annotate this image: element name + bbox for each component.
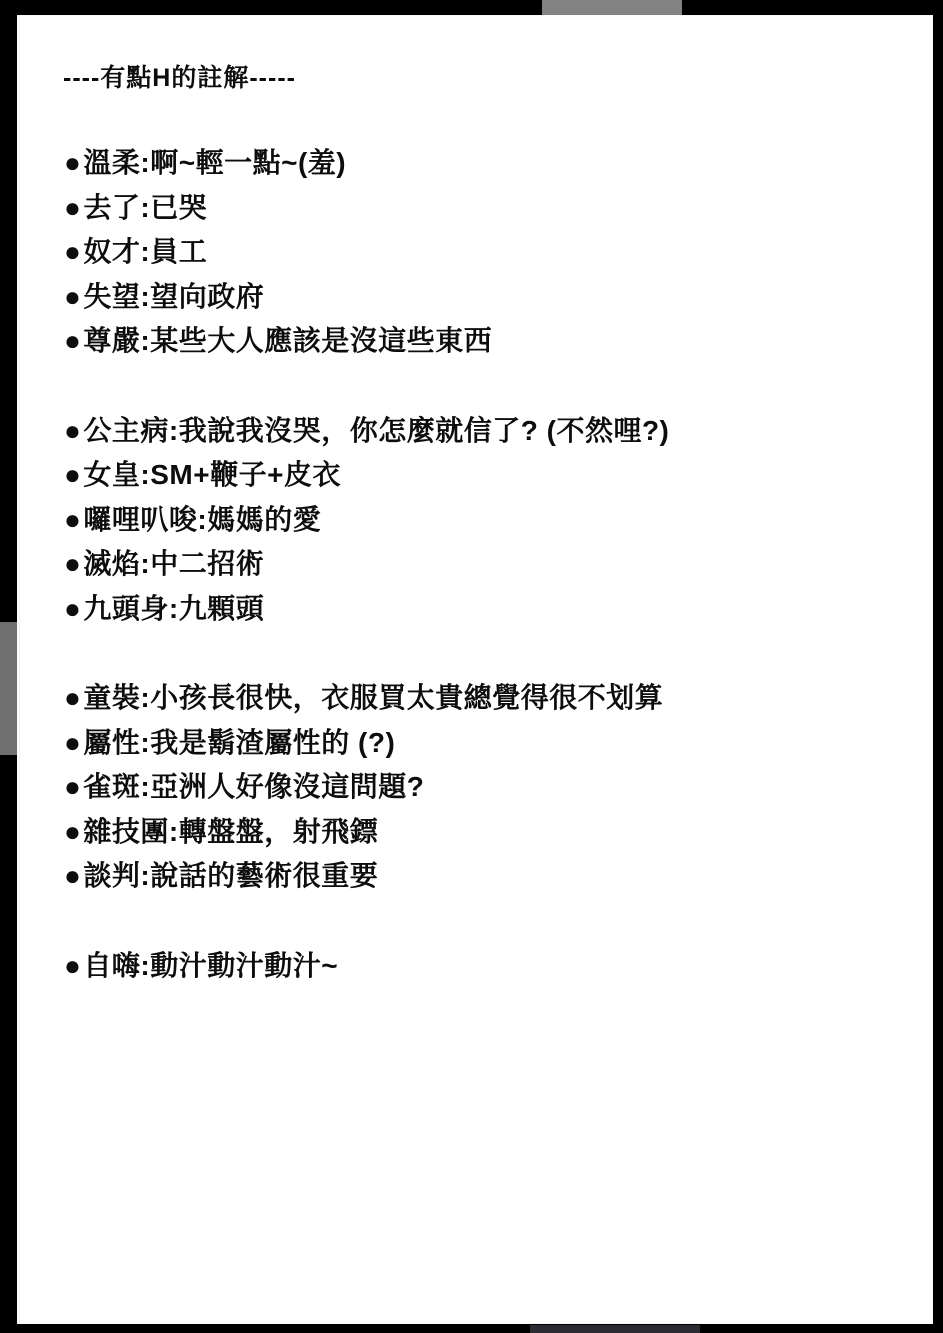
bullet-icon: ● — [64, 854, 81, 899]
bullet-icon: ● — [64, 319, 81, 364]
page-title: ----有點H的註解----- — [63, 58, 296, 94]
bullet-icon: ● — [64, 810, 81, 855]
page-edge-line — [19, 15, 20, 1324]
bullet-icon: ● — [64, 944, 81, 989]
bullet-icon: ● — [64, 186, 81, 231]
annotation-group-3: ●童裝:小孩長很快，衣服買太貴總覺得很不划算 ●屬性:我是鬍渣屬性的 (?) ●… — [64, 676, 884, 899]
list-item-text: 囉哩叭唆:媽媽的愛 — [83, 504, 321, 535]
bullet-icon: ● — [64, 542, 81, 587]
list-item: ●雀斑:亞洲人好像沒這問題? — [64, 765, 884, 810]
annotation-list: ●溫柔:啊~輕一點~(羞) ●去了:已哭 ●奴才:員工 ●失望:望向政府 ●尊嚴… — [64, 141, 884, 1033]
list-item-text: 溫柔:啊~輕一點~(羞) — [83, 147, 346, 178]
list-item-text: 童裝:小孩長很快，衣服買太貴總覺得很不划算 — [83, 682, 663, 713]
list-item: ●去了:已哭 — [64, 186, 884, 231]
list-item-text: 滅焰:中二招術 — [83, 548, 264, 579]
list-item-text: 屬性:我是鬍渣屬性的 (?) — [83, 727, 395, 758]
bullet-icon: ● — [64, 409, 81, 454]
scan-background: ----有點H的註解----- ●溫柔:啊~輕一點~(羞) ●去了:已哭 ●奴才… — [0, 0, 943, 1333]
annotation-group-4: ●自嗨:動汁動汁動汁~ — [64, 944, 884, 989]
list-item: ●屬性:我是鬍渣屬性的 (?) — [64, 721, 884, 766]
left-scan-artifact — [0, 622, 17, 755]
list-item-text: 九頭身:九顆頭 — [83, 593, 264, 624]
bullet-icon: ● — [64, 230, 81, 275]
list-item-text: 談判:說話的藝術很重要 — [83, 860, 378, 891]
bullet-icon: ● — [64, 721, 81, 766]
list-item-text: 雜技團:轉盤盤，射飛鏢 — [83, 816, 378, 847]
list-item: ●九頭身:九顆頭 — [64, 587, 884, 632]
list-item-text: 自嗨:動汁動汁動汁~ — [83, 950, 338, 981]
list-item-text: 尊嚴:某些大人應該是沒這些東西 — [83, 325, 492, 356]
list-item: ●奴才:員工 — [64, 230, 884, 275]
list-item: ●公主病:我說我沒哭，你怎麼就信了? (不然哩?) — [64, 409, 884, 454]
list-item-text: 公主病:我說我沒哭，你怎麼就信了? (不然哩?) — [83, 415, 669, 446]
list-item: ●囉哩叭唆:媽媽的愛 — [64, 498, 884, 543]
bullet-icon: ● — [64, 587, 81, 632]
bottom-scan-artifact — [530, 1325, 700, 1333]
list-item: ●童裝:小孩長很快，衣服買太貴總覺得很不划算 — [64, 676, 884, 721]
annotation-group-2: ●公主病:我說我沒哭，你怎麼就信了? (不然哩?) ●女皇:SM+鞭子+皮衣 ●… — [64, 409, 884, 632]
list-item: ●女皇:SM+鞭子+皮衣 — [64, 453, 884, 498]
top-scan-artifact — [542, 0, 682, 15]
list-item: ●雜技團:轉盤盤，射飛鏢 — [64, 810, 884, 855]
bullet-icon: ● — [64, 453, 81, 498]
list-item: ●尊嚴:某些大人應該是沒這些東西 — [64, 319, 884, 364]
list-item-text: 失望:望向政府 — [83, 281, 264, 312]
list-item: ●談判:說話的藝術很重要 — [64, 854, 884, 899]
list-item-text: 去了:已哭 — [83, 192, 207, 223]
list-item: ●自嗨:動汁動汁動汁~ — [64, 944, 884, 989]
list-item-text: 奴才:員工 — [83, 236, 207, 267]
list-item: ●失望:望向政府 — [64, 275, 884, 320]
list-item-text: 雀斑:亞洲人好像沒這問題? — [83, 771, 424, 802]
list-item: ●溫柔:啊~輕一點~(羞) — [64, 141, 884, 186]
bullet-icon: ● — [64, 676, 81, 721]
bullet-icon: ● — [64, 498, 81, 543]
list-item: ●滅焰:中二招術 — [64, 542, 884, 587]
bullet-icon: ● — [64, 141, 81, 186]
bullet-icon: ● — [64, 275, 81, 320]
annotation-group-1: ●溫柔:啊~輕一點~(羞) ●去了:已哭 ●奴才:員工 ●失望:望向政府 ●尊嚴… — [64, 141, 884, 364]
bullet-icon: ● — [64, 765, 81, 810]
list-item-text: 女皇:SM+鞭子+皮衣 — [83, 459, 341, 490]
